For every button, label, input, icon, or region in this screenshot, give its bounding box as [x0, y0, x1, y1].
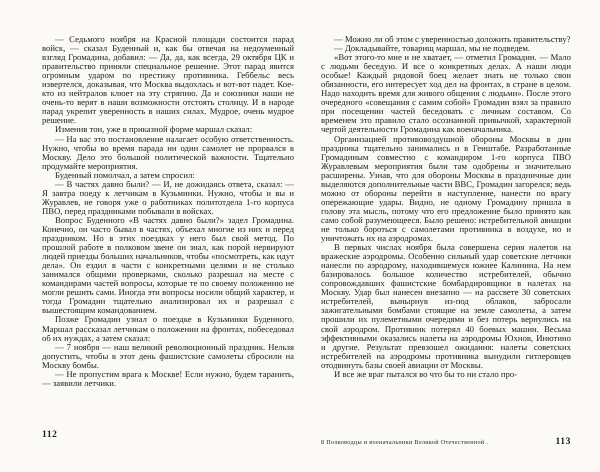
- paragraph: И все же враг пытался во что бы то ни ст…: [321, 370, 571, 379]
- paragraph: Позже Громадин узнал о поездке в Кузьмин…: [42, 315, 294, 342]
- book-spread: — Седьмого ноября на Красной площади сос…: [0, 0, 600, 472]
- paragraph: Вопрос Буденного «В частях давно были?» …: [42, 216, 294, 316]
- paragraph: — 7 ноября — наш великий революционный п…: [42, 343, 294, 370]
- paragraph: «Вот этого-то мне и не хватает, — отмети…: [321, 53, 571, 134]
- right-page-text: — Можно ли об этом с уверенностью доложи…: [321, 35, 571, 379]
- page-number-right: 113: [555, 437, 571, 447]
- paragraph: — Не пропустим врага к Москве! Если нужн…: [42, 370, 294, 388]
- paragraph: Организацией противовоздушной обороны Мо…: [321, 135, 571, 244]
- left-page-text: — Седьмого ноября на Красной площади сос…: [42, 35, 294, 388]
- paragraph: — В частях давно были? — И, не дожидаясь…: [42, 180, 294, 216]
- page-number-left: 112: [42, 430, 58, 440]
- paragraph: — Седьмого ноября на Красной площади сос…: [42, 35, 294, 125]
- printer-signature: 8 Полководцы и военачальники Великой Оте…: [321, 439, 488, 446]
- paragraph: В первых числах ноября была совершена се…: [321, 243, 571, 370]
- right-page-footer: 8 Полководцы и военачальники Великой Оте…: [321, 437, 571, 447]
- paragraph: — На вас это постановление налагает особ…: [42, 135, 294, 171]
